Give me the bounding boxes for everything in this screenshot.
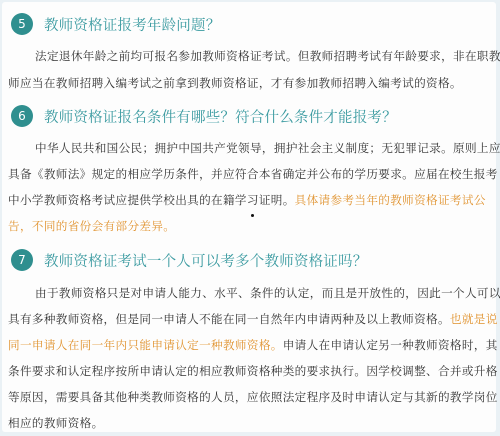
section-number-badge: 7 xyxy=(11,249,33,271)
paragraph-line: 中小学教师资格考试应提供学校出具的在籍学习证明。具体请参考当年的教师资格证考试公 xyxy=(8,192,486,208)
section-title: 教师资格证报名条件有哪些？符合什么条件才能报考？ xyxy=(44,106,397,127)
paragraph-line: 中华人民共和国公民；拥护中国共产党领导，拥护社会主义制度；无犯罪记录。原则上应 xyxy=(35,140,500,156)
highlighted-text: 同一申请人在同一年内只能申请认定一种教师资格。 xyxy=(8,338,283,352)
section-7-header: 7 教师资格证考试一个人可以考多个教师资格证吗？ xyxy=(11,248,367,272)
body-text: 中小学教师资格考试应提供学校出具的在籍学习证明。 xyxy=(8,193,295,207)
section-number-badge: 6 xyxy=(11,105,33,127)
paragraph-line: 具备《教师法》规定的相应学历条件，并应符合本省确定并公布的学历要求。应届在校生报… xyxy=(8,166,498,182)
article-page: 5 教师资格证报考年龄问题？ 法定退休年龄之前均可报名参加教师资格证考试。但教师… xyxy=(2,2,496,432)
paragraph-line: 相应的教师资格。 xyxy=(8,415,104,431)
paragraph-line: 条件要求和认定程序按所申请认定的相应教师资格种类的要求执行。因学校调整、合并或升… xyxy=(8,363,498,379)
section-title: 教师资格证考试一个人可以考多个教师资格证吗？ xyxy=(44,250,367,271)
highlighted-text: 告，不同的省份会有部分差异。 xyxy=(8,218,175,234)
highlighted-text: 具体请参考当年的教师资格证考试公 xyxy=(295,193,486,207)
section-6-header: 6 教师资格证报名条件有哪些？符合什么条件才能报考？ xyxy=(11,104,397,128)
body-text: 具有多种教师资格，但是同一申请人不能在同一自然年内申请两种及以上教师资格。 xyxy=(8,312,450,326)
paragraph-line: 师应当在教师招聘入编考试之前拿到教师资格证，才有参加教师招聘入编考试的资格。 xyxy=(8,75,462,91)
paragraph-line: 具有多种教师资格，但是同一申请人不能在同一自然年内申请两种及以上教师资格。也就是… xyxy=(8,311,498,327)
paragraph-line: 等原因，需要具备其他种类教师资格的人员，应依照法定程序及时申请认定与其新的教学岗… xyxy=(8,389,498,405)
section-number-badge: 5 xyxy=(11,13,33,35)
paragraph-line: 由于教师资格只是对申请人能力、水平、条件的认定，而且是开放性的，因此一个人可以 xyxy=(35,285,500,301)
body-text: 申请人在申请认定另一种教师资格时，其 xyxy=(283,338,498,352)
paragraph-line: 法定退休年龄之前均可报名参加教师资格证考试。但教师招聘考试有年龄要求，非在职教 xyxy=(35,48,500,64)
section-5-header: 5 教师资格证报考年龄问题？ xyxy=(11,12,220,36)
highlighted-text: 也就是说 xyxy=(450,312,498,326)
section-title: 教师资格证报考年龄问题？ xyxy=(44,14,220,35)
paragraph-line: 同一申请人在同一年内只能申请认定一种教师资格。申请人在申请认定另一种教师资格时，… xyxy=(8,337,498,353)
stray-dot xyxy=(251,214,254,217)
